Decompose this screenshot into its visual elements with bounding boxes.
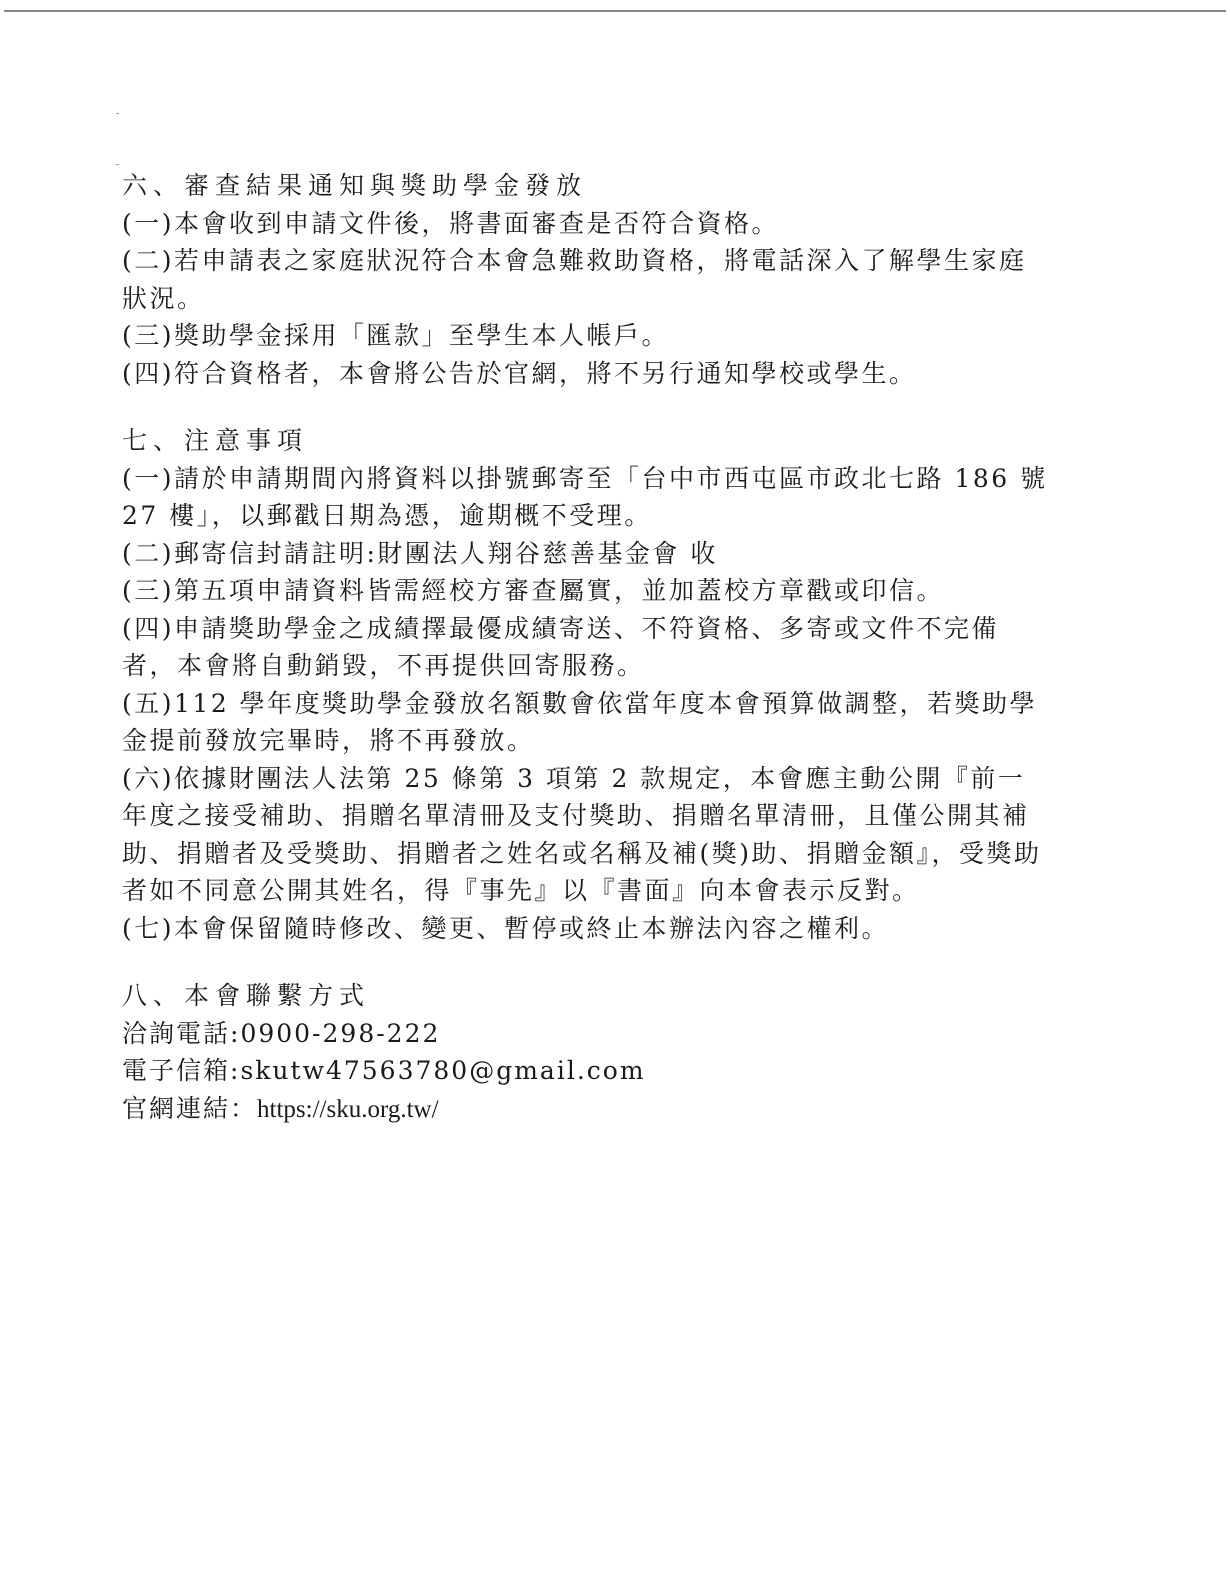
- contact-website: 官網連結：https://sku.org.tw/: [122, 1090, 1112, 1128]
- phone-label: 洽詢電話:: [122, 1019, 240, 1048]
- list-item-continuation: 者，本會將自動銷毀，不再提供回寄服務。: [122, 647, 1112, 685]
- list-item-continuation: 助、捐贈者及受獎助、捐贈者之姓名或名稱及補(獎)助、捐贈金額』，受獎助: [122, 835, 1112, 873]
- list-item-continuation: 金提前發放完畢時，將不再發放。: [122, 722, 1112, 760]
- section-contact: 八、本會聯繫方式 洽詢電話:0900-298-222 電子信箱:skutw475…: [122, 977, 1112, 1127]
- section-heading: 六、審查結果通知與獎助學金發放: [122, 167, 1112, 205]
- list-item: (四)符合資格者，本會將公告於官網，將不另行通知學校或學生。: [122, 355, 1112, 393]
- section-review-results: 六、審查結果通知與獎助學金發放 (一)本會收到申請文件後，將書面審查是否符合資格…: [122, 167, 1112, 392]
- list-item-continuation: 者如不同意公開其姓名，得『事先』以『書面』向本會表示反對。: [122, 872, 1112, 910]
- list-item: (五)112 學年度獎助學金發放名額數會依當年度本會預算做調整，若獎助學: [122, 685, 1112, 723]
- list-item-continuation: 狀況。: [122, 280, 1112, 318]
- section-heading: 八、本會聯繫方式: [122, 977, 1112, 1015]
- website-link: https://sku.org.tw/: [257, 1096, 439, 1123]
- website-label: 官網連結：: [122, 1094, 257, 1123]
- list-item: (三)獎助學金採用「匯款」至學生本人帳戶。: [122, 317, 1112, 355]
- section-heading: 七、注意事項: [122, 422, 1112, 460]
- list-item: (四)申請獎助學金之成績擇最優成績寄送、不符資格、多寄或文件不完備: [122, 610, 1112, 648]
- list-item: (一)本會收到申請文件後，將書面審查是否符合資格。: [122, 205, 1112, 243]
- scan-top-border: [4, 10, 1226, 12]
- list-item: (一)請於申請期間內將資料以掛號郵寄至「台中市西屯區市政北七路 186 號: [122, 460, 1112, 498]
- list-item: (七)本會保留隨時修改、變更、暫停或終止本辦法內容之權利。: [122, 910, 1112, 948]
- list-item: (二)郵寄信封請註明:財團法人翔谷慈善基金會 收: [122, 535, 1112, 573]
- contact-phone: 洽詢電話:0900-298-222: [122, 1015, 1112, 1053]
- phone-number: 0900-298-222: [240, 1019, 440, 1048]
- list-item-continuation: 年度之接受補助、捐贈名單清冊及支付獎助、捐贈名單清冊，且僅公開其補: [122, 797, 1112, 835]
- contact-email: 電子信箱:skutw47563780@gmail.com: [122, 1052, 1112, 1090]
- list-item-continuation: 27 樓」，以郵戳日期為憑，逾期概不受理。: [122, 497, 1112, 535]
- scan-speck: [116, 164, 119, 165]
- email-label: 電子信箱:: [122, 1056, 240, 1085]
- email-address: skutw47563780@gmail.com: [240, 1056, 645, 1085]
- list-item: (六)依據財團法人法第 25 條第 3 項第 2 款規定，本會應主動公開『前一: [122, 760, 1112, 798]
- list-item: (二)若申請表之家庭狀況符合本會急難救助資格，將電話深入了解學生家庭: [122, 242, 1112, 280]
- scan-speck: [116, 113, 119, 114]
- section-notes: 七、注意事項 (一)請於申請期間內將資料以掛號郵寄至「台中市西屯區市政北七路 1…: [122, 422, 1112, 947]
- document-page: 六、審查結果通知與獎助學金發放 (一)本會收到申請文件後，將書面審查是否符合資格…: [122, 167, 1112, 1127]
- list-item: (三)第五項申請資料皆需經校方審查屬實，並加蓋校方章戳或印信。: [122, 572, 1112, 610]
